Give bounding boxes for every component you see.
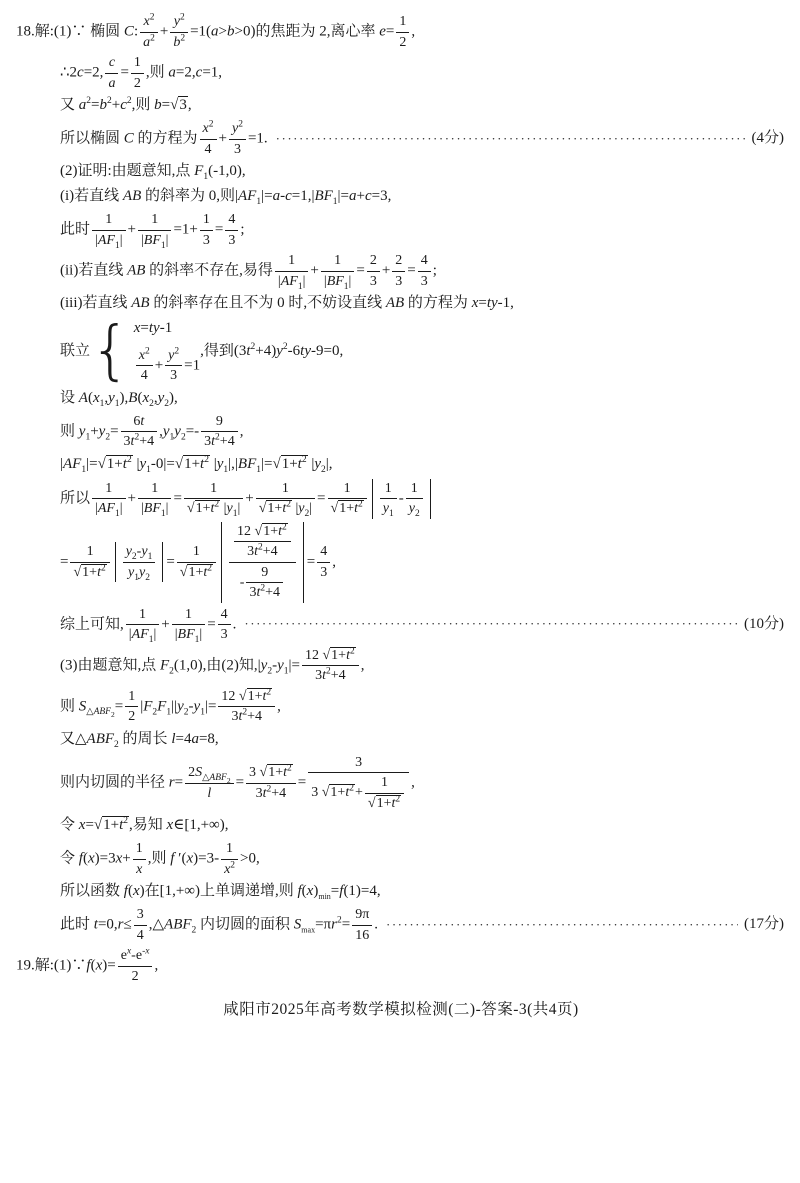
dotted-leader: ········································…	[386, 916, 738, 935]
line-18-inradius: 则内切圆的半径 r=2S△ABF2l=3 √1+t23t2+4=33 √1+t2…	[14, 754, 788, 813]
line-18-vieta: 则 y1+y2=6t3t2+4,y1y2=-93t2+4,	[14, 413, 788, 451]
math-expression: 则 y1+y2=6t3t2+4,y1y2=-93t2+4,	[60, 413, 243, 451]
line-18-monotonic: 所以函数 f(x)在[1,+∞)上单调递增,则 f(x)min=f(1)=4,	[14, 881, 788, 903]
score-badge: (10分)	[744, 614, 788, 636]
math-expression: 令 f(x)=3x+1x,则 f ′(x)=3-1x2>0,	[60, 840, 260, 878]
line-18-sum-eval: =1√1+t2y2-y1y1y2=1√1+t212 √1+t23t2+4-93t…	[14, 522, 788, 603]
page-footer: 咸阳市2025年高考数学模拟检测(二)-答案-3(共4页)	[14, 999, 788, 1021]
math-expression: 所以1|AF1|+1|BF1|=1√1+t2 |y1|+1√1+t2 |y2|=…	[60, 479, 434, 519]
math-expression: 设 A(x1,y1),B(x2,y2),	[60, 388, 178, 410]
line-18-solve-ac: ∴2c=2,ca=12,则 a=2,c=1,	[14, 54, 788, 92]
line-18-sum-expand: 所以1|AF1|+1|BF1|=1√1+t2 |y1|+1√1+t2 |y2|=…	[14, 479, 788, 519]
dotted-leader: ········································…	[244, 615, 738, 634]
line-18-final: 此时 t=0,r≤34,△ABF2 内切圆的面积 Smax=πr2=9π16.·…	[14, 906, 788, 944]
line-18-case-ii: (ii)若直线 AB 的斜率不存在,易得1|AF1|+1|BF1|=23+23=…	[14, 252, 788, 290]
line-18-af-bf: |AF1|=√1+t2 |y1-0|=√1+t2 |y1|,|BF1|=√1+t…	[14, 454, 788, 476]
line-18-fx: 令 f(x)=3x+1x,则 f ′(x)=3-1x2>0,	[14, 840, 788, 878]
line-18-system: 联立{x=ty-1x24+y23=1,得到(3t2+4)y2-6ty-9=0,	[14, 318, 788, 385]
math-expression: 则 S△ABF2=12|F2F1||y2-y1|=12 √1+t23t2+4,	[60, 688, 281, 726]
line-18-proof-start: (2)证明:由题意知,点 F1(-1,0),	[14, 161, 788, 183]
math-expression: 令 x=√1+t2,易知 x∈[1,+∞),	[60, 815, 228, 837]
math-expression: 此时1|AF1|+1|BF1|=1+13=43;	[60, 211, 245, 249]
math-expression: ∴2c=2,ca=12,则 a=2,c=1,	[60, 54, 222, 92]
line-18-case-i-sum: 此时1|AF1|+1|BF1|=1+13=43;	[14, 211, 788, 249]
math-expression: |AF1|=√1+t2 |y1-0|=√1+t2 |y1|,|BF1|=√1+t…	[60, 454, 333, 476]
score-badge: (17分)	[744, 914, 788, 936]
dotted-leader: ········································…	[276, 130, 746, 149]
line-18-case-iii: (iii)若直线 AB 的斜率存在且不为 0 时,不妨设直线 AB 的方程为 x…	[14, 293, 788, 315]
answer-sheet-page: 18.解:(1)∵ 椭圆 C:x2a2+y2b2=1(a>b>0)的焦距为 2,…	[0, 0, 800, 1149]
math-expression: =1√1+t2y2-y1y1y2=1√1+t212 √1+t23t2+4-93t…	[60, 522, 336, 603]
line-18-substitute: 令 x=√1+t2,易知 x∈[1,+∞),	[14, 815, 788, 837]
math-expression: 19.解:(1)∵f(x)=ex-e-x2,	[16, 947, 158, 985]
math-expression: 则内切圆的半径 r=2S△ABF2l=3 √1+t23t2+4=33 √1+t2…	[60, 754, 415, 813]
line-19-start: 19.解:(1)∵f(x)=ex-e-x2,	[14, 947, 788, 985]
answer-lines: 18.解:(1)∵ 椭圆 C:x2a2+y2b2=1(a>b>0)的焦距为 2,…	[14, 13, 788, 985]
math-expression: 18.解:(1)∵ 椭圆 C:x2a2+y2b2=1(a>b>0)的焦距为 2,…	[16, 13, 415, 51]
math-expression: (i)若直线 AB 的斜率为 0,则|AF1|=a-c=1,|BF1|=a+c=…	[60, 186, 391, 208]
math-expression: 联立{x=ty-1x24+y23=1,得到(3t2+4)y2-6ty-9=0,	[60, 318, 343, 385]
math-expression: 此时 t=0,r≤34,△ABF2 内切圆的面积 Smax=πr2=9π16.	[60, 906, 378, 944]
math-expression: (3)由题意知,点 F2(1,0),由(2)知,|y2-y1|=12 √1+t2…	[60, 647, 364, 685]
score-badge: (4分)	[752, 128, 789, 150]
line-18-given: 18.解:(1)∵ 椭圆 C:x2a2+y2b2=1(a>b>0)的焦距为 2,…	[14, 13, 788, 51]
line-18-area: 则 S△ABF2=12|F2F1||y2-y1|=12 √1+t23t2+4,	[14, 688, 788, 726]
line-18-set-points: 设 A(x1,y1),B(x2,y2),	[14, 388, 788, 410]
math-expression: (iii)若直线 AB 的斜率存在且不为 0 时,不妨设直线 AB 的方程为 x…	[60, 293, 514, 315]
math-expression: 所以函数 f(x)在[1,+∞)上单调递增,则 f(x)min=f(1)=4,	[60, 881, 381, 903]
line-18-conclusion2: 综上可知,1|AF1|+1|BF1|=43.··················…	[14, 606, 788, 644]
math-expression: 综上可知,1|AF1|+1|BF1|=43.	[60, 606, 236, 644]
line-18-part3-start: (3)由题意知,点 F2(1,0),由(2)知,|y2-y1|=12 √1+t2…	[14, 647, 788, 685]
math-expression: (2)证明:由题意知,点 F1(-1,0),	[60, 161, 246, 183]
line-18-solve-b: 又 a2=b2+c2,则 b=√3,	[14, 95, 788, 117]
line-18-case-i: (i)若直线 AB 的斜率为 0,则|AF1|=a-c=1,|BF1|=a+c=…	[14, 186, 788, 208]
line-18-ellipse-eq: 所以椭圆 C 的方程为x24+y23=1.···················…	[14, 120, 788, 158]
line-18-perimeter: 又△ABF2 的周长 l=4a=8,	[14, 729, 788, 751]
math-expression: 又 a2=b2+c2,则 b=√3,	[60, 95, 192, 117]
math-expression: 又△ABF2 的周长 l=4a=8,	[60, 729, 219, 751]
math-expression: 所以椭圆 C 的方程为x24+y23=1.	[60, 120, 268, 158]
math-expression: (ii)若直线 AB 的斜率不存在,易得1|AF1|+1|BF1|=23+23=…	[60, 252, 437, 290]
